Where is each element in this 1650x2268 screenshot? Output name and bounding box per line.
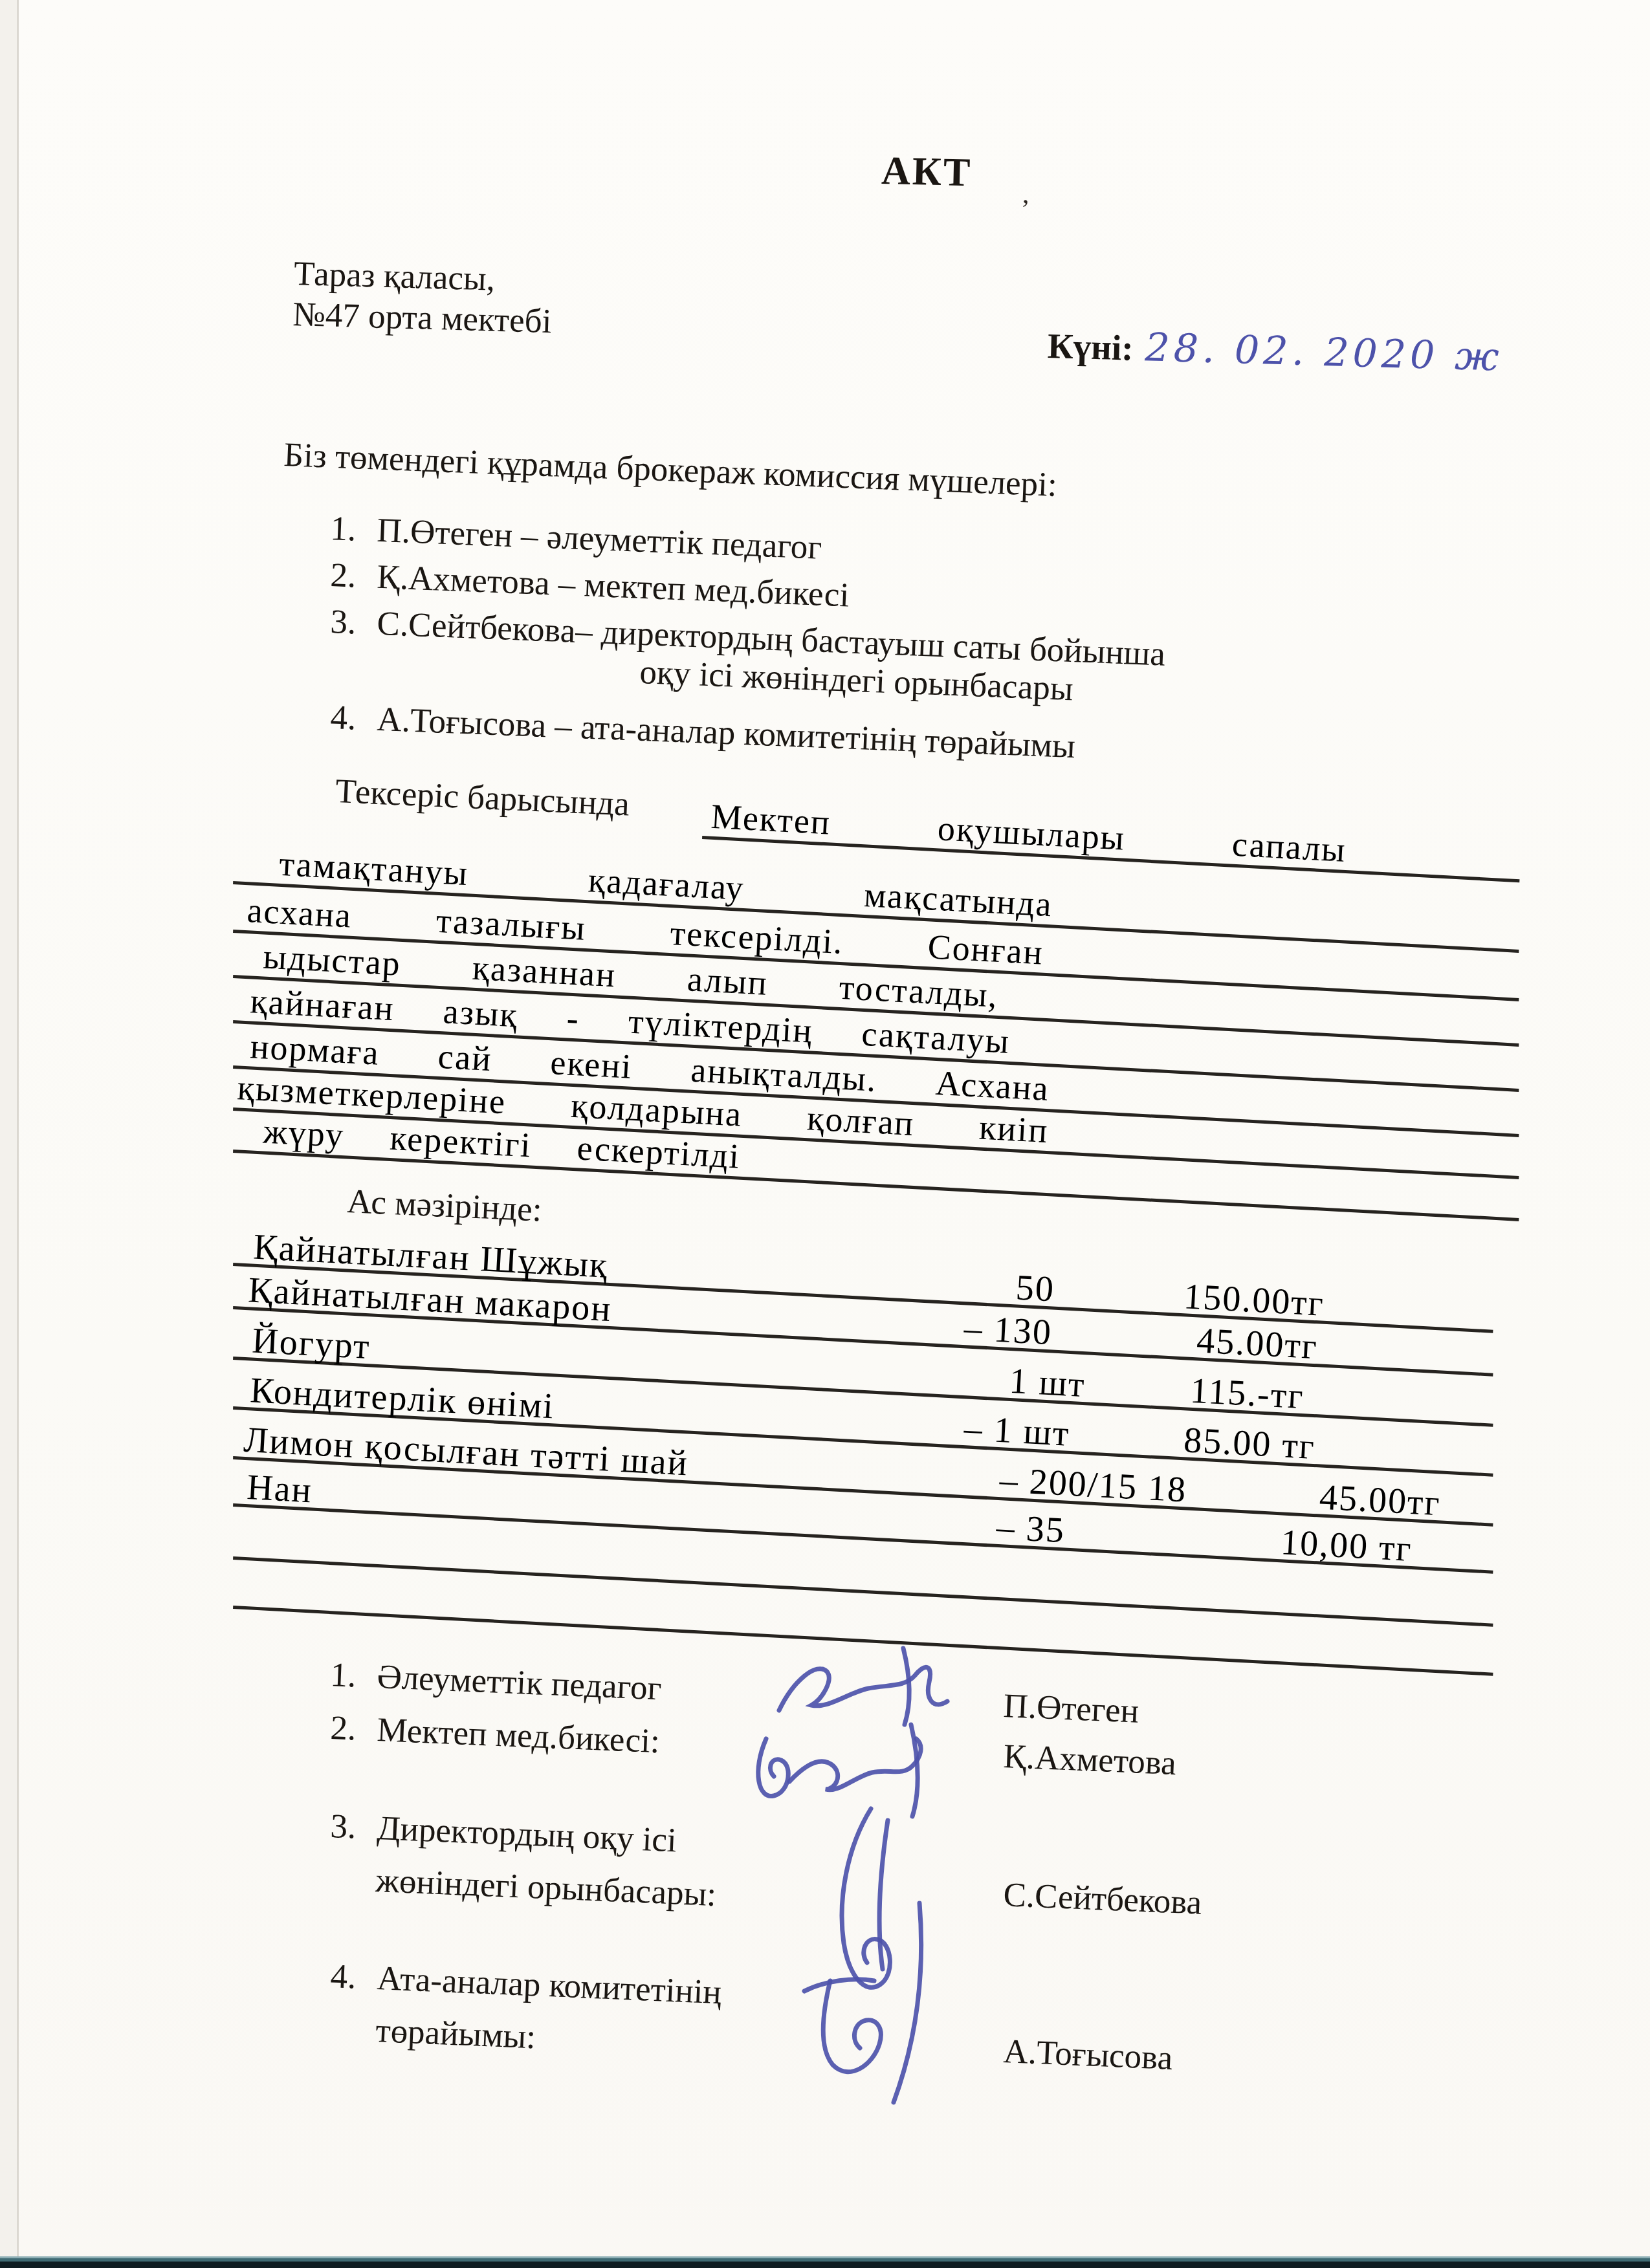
menu-item-name: Нан bbox=[246, 1467, 314, 1511]
signature-role-wrap-line: жөніндегі орынбасары: bbox=[375, 1860, 717, 1915]
list-number: 4. bbox=[329, 1956, 378, 1998]
signature-role: Мектеп мед.бикесі: bbox=[376, 1711, 661, 1760]
signature-role-wrap-line: төрайымы: bbox=[375, 2011, 536, 2058]
commission-item: 4.А.Тоғысова – ата-аналар комитетінің тө… bbox=[330, 697, 1076, 767]
list-number: 1. bbox=[329, 1655, 378, 1697]
scan-bottom-edge-dark bbox=[0, 2262, 1650, 2268]
list-number: 2. bbox=[330, 555, 378, 597]
date-line: Күні:28. 02. 2020 ж bbox=[1047, 322, 1503, 380]
signatory-name: П.Өтеген bbox=[1002, 1686, 1139, 1732]
scan-left-edge-line bbox=[17, 0, 19, 2268]
document-title: АКТ bbox=[881, 147, 973, 197]
date-value-handwritten: 28. 02. 2020 ж bbox=[1145, 325, 1504, 380]
school-line: №47 орта мектебі bbox=[292, 294, 553, 342]
intro-paragraph: Біз төмендегі құрамда брокераж комиссия … bbox=[283, 435, 1058, 505]
commission-member: П.Өтеген – әлеуметтік педагог bbox=[377, 512, 823, 567]
signature-role: Ата-аналар комитетінің bbox=[376, 1959, 722, 2011]
signature-row: 2.Мектеп мед.бикесі: bbox=[329, 1708, 661, 1762]
signature-ink-a-togysova bbox=[793, 1889, 967, 2109]
signature-role: Директордың оқу ісі bbox=[376, 1809, 677, 1859]
list-number: 4. bbox=[330, 697, 378, 739]
list-number: 2. bbox=[329, 1708, 378, 1750]
scanned-document-page: АКТ ’ Тараз қаласы, №47 орта мектебі Күн… bbox=[0, 0, 1650, 2268]
menu-item-qty: – 35 bbox=[995, 1507, 1066, 1552]
school-address: Тараз қаласы, №47 орта мектебі bbox=[292, 254, 554, 342]
list-number: 3. bbox=[330, 602, 378, 644]
signatory-name: Қ.Ахметова bbox=[1002, 1736, 1177, 1784]
date-label: Күні: bbox=[1047, 326, 1134, 368]
signature-row: 1.Әлеуметтік педагог bbox=[329, 1655, 662, 1709]
handwritten-text: Мектеп оқушылары сапалы bbox=[710, 796, 1347, 870]
list-number: 3. bbox=[329, 1806, 378, 1848]
stray-ink-mark: ’ bbox=[1020, 194, 1030, 226]
signatory-name: А.Тоғысова bbox=[1002, 2031, 1173, 2078]
city-line: Тараз қаласы, bbox=[293, 254, 553, 301]
signature-role: Әлеуметтік педагог bbox=[376, 1658, 662, 1707]
inspection-label: Тексеріс барысында bbox=[335, 771, 630, 825]
list-number: 1. bbox=[330, 508, 378, 551]
handwritten-text: жүру керектігі ескертілді bbox=[262, 1111, 741, 1176]
commission-member: А.Тоғысова – ата-аналар комитетінің төра… bbox=[377, 701, 1076, 765]
scan-left-edge-shade bbox=[0, 0, 17, 2268]
signature-row: 3.Директордың оқу ісі bbox=[329, 1806, 677, 1861]
signature-row: 4.Ата-аналар комитетінің bbox=[329, 1956, 722, 2013]
signatory-name: С.Сейтбекова bbox=[1002, 1875, 1202, 1923]
